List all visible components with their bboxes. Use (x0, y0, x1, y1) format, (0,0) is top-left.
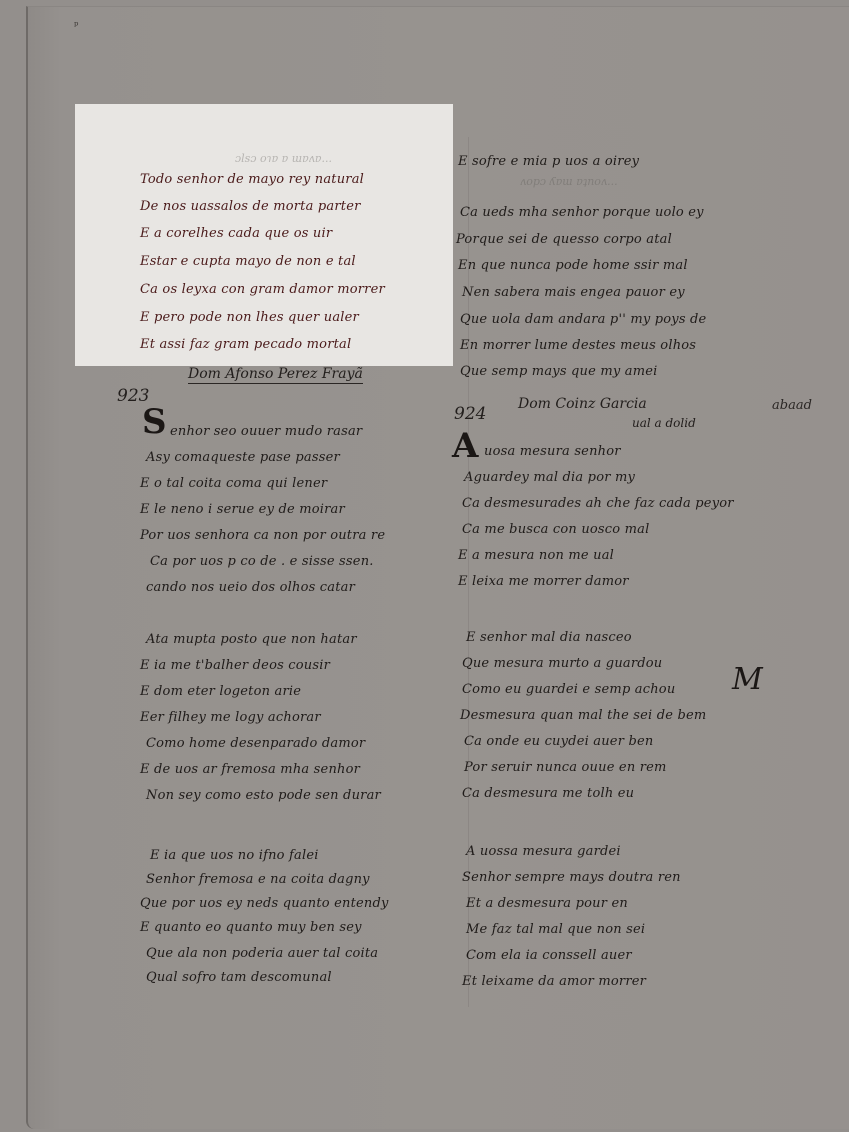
verse-line: Por seruir nunca ouue en rem (464, 760, 667, 775)
verse-line: uosa mesura senhor (484, 444, 621, 459)
verse-line: E ia que uos no ifno falei (150, 848, 319, 863)
verse-line: E sofre e mia p uos a oirey (458, 154, 639, 169)
verse-line: E senhor mal dia nasceo (466, 630, 632, 645)
verse-line: Que uola dam andara p'' my poys de (460, 312, 706, 327)
verse-line: E a mesura non me ual (458, 548, 614, 563)
verse-line: Et leixame da amor morrer (462, 974, 646, 989)
verse-line: Non sey como esto pode sen durar (146, 788, 381, 803)
verse-line: Que mesura murto a guardou (462, 656, 662, 671)
verse-line: Com ela ia conssell auer (466, 948, 632, 963)
verse-line: E quanto eo quanto muy ben sey (140, 920, 362, 935)
verse-line: Ca desmesura me tolh eu (462, 786, 634, 801)
verse-line: Senhor fremosa e na coita dagny (146, 872, 370, 887)
verse-line: Como home desenparado damor (146, 736, 365, 751)
margin-letter: M (732, 662, 763, 697)
verse-line: Aguardey mal dia por my (464, 470, 635, 485)
marginal-note: abaad (772, 398, 812, 413)
verse-line: Que por uos ey neds quanto entendy (140, 896, 389, 911)
verse-line: Ca ueds mha senhor porque uolo ey (460, 205, 704, 220)
verse-line: Que ala non poderia auer tal coita (146, 946, 378, 961)
verse-line: Me faz tal mal que non sei (466, 922, 645, 937)
verse-line: E leixa me morrer damor (458, 574, 629, 589)
verse-line: Por uos senhora ca non por outra re (140, 528, 385, 543)
verse-line: Como eu guardei e semp achou (462, 682, 675, 697)
poem-heading: Dom Afonso Perez Frayã (188, 366, 363, 384)
verse-line: Et a desmesura pour en (466, 896, 628, 911)
verse-line: Ca por uos p co de . e sisse ssen. (150, 554, 374, 569)
verse-line: En morrer lume destes meus olhos (460, 338, 696, 353)
poem-subheading: ual a dolid (632, 416, 696, 430)
folio-mark: ᵖ (74, 19, 78, 32)
illuminated-initial: A (452, 426, 478, 466)
verse-line: Todo senhor de mayo rey natural (140, 172, 364, 187)
verse-line: E ia me t'balher deos cousir (140, 658, 330, 673)
verse-line: cando nos ueio dos olhos catar (146, 580, 355, 595)
verse-line: E o tal coita coma qui lener (140, 476, 327, 491)
verse-line: Ca desmesurades ah che faz cada peyor (462, 496, 734, 511)
verse-line: En que nunca pode home ssir mal (458, 258, 688, 273)
verse-line: Porque sei de quesso corpo atal (456, 232, 672, 247)
poem-number: 924 (454, 404, 486, 424)
verse-line: E le neno i serue ey de moirar (140, 502, 345, 517)
verse-line: Ca onde eu cuydei auer ben (464, 734, 653, 749)
verse-line: Que semp mays que my amei (460, 364, 657, 379)
verse-line: Et assi faz gram pecado mortal (140, 337, 351, 352)
verse-line: Ca me busca con uosco mal (462, 522, 649, 537)
verse-line: Eer filhey me logy achorar (140, 710, 321, 725)
bleed-through-text: ʌopɔ ʎɐɯ ɐʇnoʌ... (520, 175, 618, 188)
bleed-through-text: ɔlsɔ oɿɐ ɐ ɯɐʌɐ... (235, 152, 332, 165)
verse-line: E de uos ar fremosa mha senhor (140, 762, 360, 777)
verse-line: Ca os leyxa con gram damor morrer (140, 282, 385, 297)
verse-line: Ata mupta posto que non hatar (146, 632, 357, 647)
verse-line: Qual sofro tam descomunal (146, 970, 332, 985)
verse-line: A uossa mesura gardei (466, 844, 621, 859)
verse-line: Desmesura quan mal the sei de bem (460, 708, 706, 723)
verse-line: E pero pode non lhes quer ualer (140, 310, 359, 325)
poem-heading: Dom Coinz Garcia (518, 396, 647, 412)
verse-line: Nen sabera mais engea pauor ey (462, 285, 685, 300)
verse-line: Senhor sempre mays doutra ren (462, 870, 681, 885)
verse-line: Estar e cupta mayo de non e tal (140, 254, 356, 269)
verse-line: De nos uassalos de morta parter (140, 199, 361, 214)
verse-line: E a corelhes cada que os uir (140, 226, 332, 241)
verse-line: Asy comaqueste pase passer (146, 450, 340, 465)
verse-line: E dom eter logeton arie (140, 684, 301, 699)
verse-line: enhor seo ouuer mudo rasar (170, 424, 362, 439)
illuminated-initial: S (142, 402, 167, 442)
